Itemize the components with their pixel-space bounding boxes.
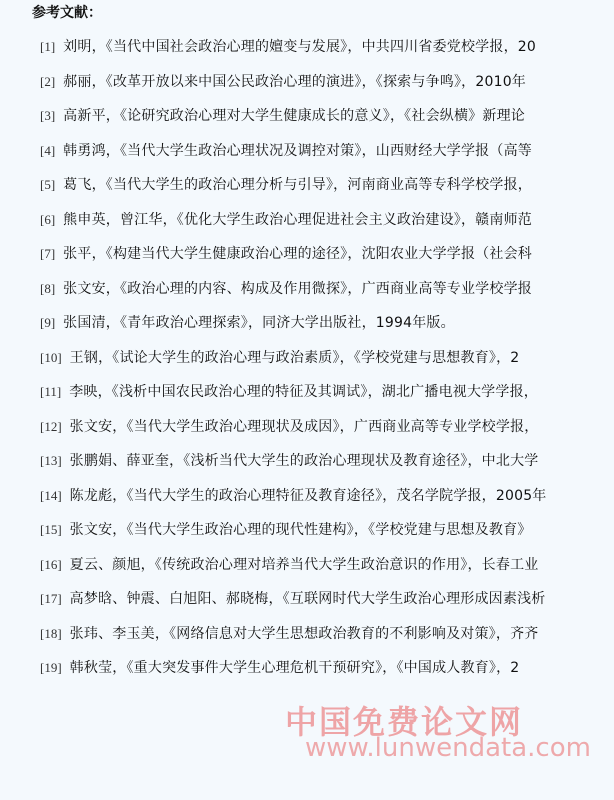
reference-item: [3]高新平，《论研究政治心理对大学生健康成长的意义》，《社会纵横》新理论 xyxy=(40,107,547,142)
reference-number: [15] xyxy=(40,522,62,537)
site-watermark: 中国免费论文网 www.lunwendata.com xyxy=(285,705,591,761)
reference-number: [14] xyxy=(40,488,62,503)
reference-item: [10]王钢，《试论大学生的政治心理与政治素质》，《学校党建与思想教育》，2 xyxy=(40,349,547,384)
reference-number: [12] xyxy=(40,419,62,434)
reference-text: 陈龙彪，《当代大学生的政治心理特征及教育途径》，茂名学院学报，2005年 xyxy=(70,488,547,504)
reference-text: 韩勇鸿，《当代大学生政治心理状况及调控对策》，山西财经大学学报（高等 xyxy=(63,143,532,159)
reference-item: [5]葛飞，《当代大学生的政治心理分析与引导》，河南商业高等专科学校学报， xyxy=(40,176,547,211)
reference-text: 韩秋莹，《重大突发事件大学生心理危机干预研究》，《中国成人教育》，2 xyxy=(70,660,520,676)
reference-number: [18] xyxy=(40,626,62,641)
reference-number: [7] xyxy=(40,246,55,261)
reference-text: 王钢，《试论大学生的政治心理与政治素质》，《学校党建与思想教育》，2 xyxy=(70,350,520,366)
reference-text: 熊申英，曾江华，《优化大学生政治心理促进社会主义政治建设》，赣南师范 xyxy=(63,212,532,228)
reference-text: 张国清，《青年政治心理探索》，同济大学出版社，1994年版。 xyxy=(63,315,455,331)
reference-text: 夏云、颜旭，《传统政治心理对培养当代大学生政治意识的作用》，长春工业 xyxy=(70,557,539,573)
reference-item: [12]张文安，《当代大学生政治心理现状及成因》，广西商业高等专业学校学报， xyxy=(40,418,547,453)
reference-item: [7]张平，《构建当代大学生健康政治心理的途径》，沈阳农业大学学报（社会科 xyxy=(40,245,547,280)
references-heading: 参考文献： xyxy=(32,4,102,22)
reference-text: 张平，《构建当代大学生健康政治心理的途径》，沈阳农业大学学报（社会科 xyxy=(63,246,532,262)
reference-list: [1]刘明，《当代中国社会政治心理的嬗变与发展》，中共四川省委党校学报，20 [… xyxy=(40,38,547,694)
reference-item: [16]夏云、颜旭，《传统政治心理对培养当代大学生政治意识的作用》，长春工业 xyxy=(40,556,547,591)
reference-text: 张文安，《当代大学生政治心理的现代性建构》，《学校党建与思想及教育》 xyxy=(70,522,532,538)
reference-number: [1] xyxy=(40,39,55,54)
reference-item: [13]张鹏娟、薛亚奎，《浅析当代大学生的政治心理现状及教育途径》，中北大学 xyxy=(40,452,547,487)
reference-number: [11] xyxy=(40,384,61,399)
reference-text: 张鹏娟、薛亚奎，《浅析当代大学生的政治心理现状及教育途径》，中北大学 xyxy=(70,453,539,469)
reference-item: [4]韩勇鸿，《当代大学生政治心理状况及调控对策》，山西财经大学学报（高等 xyxy=(40,142,547,177)
reference-item: [19]韩秋莹，《重大突发事件大学生心理危机干预研究》，《中国成人教育》，2 xyxy=(40,659,547,694)
reference-item: [9]张国清，《青年政治心理探索》，同济大学出版社，1994年版。 xyxy=(40,314,547,349)
document-page: 参考文献： [1]刘明，《当代中国社会政治心理的嬗变与发展》，中共四川省委党校学… xyxy=(0,0,614,800)
reference-number: [13] xyxy=(40,453,62,468)
reference-number: [19] xyxy=(40,660,62,675)
reference-item: [18]张玮、李玉美，《网络信息对大学生思想政治教育的不利影响及对策》，齐齐 xyxy=(40,625,547,660)
reference-item: [8]张文安，《政治心理的内容、构成及作用微探》，广西商业高等专业学校学报 xyxy=(40,280,547,315)
reference-text: 高梦晗、钟震、白旭阳、郝晓梅，《互联网时代大学生政治心理形成因素浅析 xyxy=(70,591,546,607)
watermark-title: 中国免费论文网 xyxy=(285,705,591,739)
reference-number: [4] xyxy=(40,143,55,158)
reference-item: [15]张文安，《当代大学生政治心理的现代性建构》，《学校党建与思想及教育》 xyxy=(40,521,547,556)
reference-number: [17] xyxy=(40,591,62,606)
reference-item: [2]郝丽，《改革开放以来中国公民政治心理的演进》，《探索与争鸣》，2010年 xyxy=(40,73,547,108)
reference-item: [6]熊申英，曾江华，《优化大学生政治心理促进社会主义政治建设》，赣南师范 xyxy=(40,211,547,246)
reference-text: 张文安，《政治心理的内容、构成及作用微探》，广西商业高等专业学校学报 xyxy=(63,281,532,297)
reference-text: 郝丽，《改革开放以来中国公民政治心理的演进》，《探索与争鸣》，2010年 xyxy=(63,74,526,90)
reference-number: [2] xyxy=(40,74,55,89)
reference-number: [3] xyxy=(40,108,55,123)
reference-text: 刘明，《当代中国社会政治心理的嬗变与发展》，中共四川省委党校学报，20 xyxy=(63,39,536,55)
reference-item: [11]李映，《浅析中国农民政治心理的特征及其调试》，湖北广播电视大学学报， xyxy=(40,383,547,418)
reference-text: 张玮、李玉美，《网络信息对大学生思想政治教育的不利影响及对策》，齐齐 xyxy=(70,626,539,642)
reference-text: 张文安，《当代大学生政治心理现状及成因》，广西商业高等专业学校学报， xyxy=(70,419,539,435)
reference-text: 李映，《浅析中国农民政治心理的特征及其调试》，湖北广播电视大学学报， xyxy=(69,384,538,400)
reference-number: [8] xyxy=(40,281,55,296)
reference-number: [9] xyxy=(40,315,55,330)
reference-item: [1]刘明，《当代中国社会政治心理的嬗变与发展》，中共四川省委党校学报，20 xyxy=(40,38,547,73)
reference-text: 高新平，《论研究政治心理对大学生健康成长的意义》，《社会纵横》新理论 xyxy=(63,108,525,124)
reference-item: [17]高梦晗、钟震、白旭阳、郝晓梅，《互联网时代大学生政治心理形成因素浅析 xyxy=(40,590,547,625)
reference-item: [14]陈龙彪，《当代大学生的政治心理特征及教育途径》，茂名学院学报，2005年 xyxy=(40,487,547,522)
reference-number: [5] xyxy=(40,177,55,192)
watermark-url: www.lunwendata.com xyxy=(305,735,591,761)
reference-text: 葛飞，《当代大学生的政治心理分析与引导》，河南商业高等专科学校学报， xyxy=(63,177,532,193)
reference-number: [10] xyxy=(40,350,62,365)
reference-number: [16] xyxy=(40,557,62,572)
reference-number: [6] xyxy=(40,212,55,227)
